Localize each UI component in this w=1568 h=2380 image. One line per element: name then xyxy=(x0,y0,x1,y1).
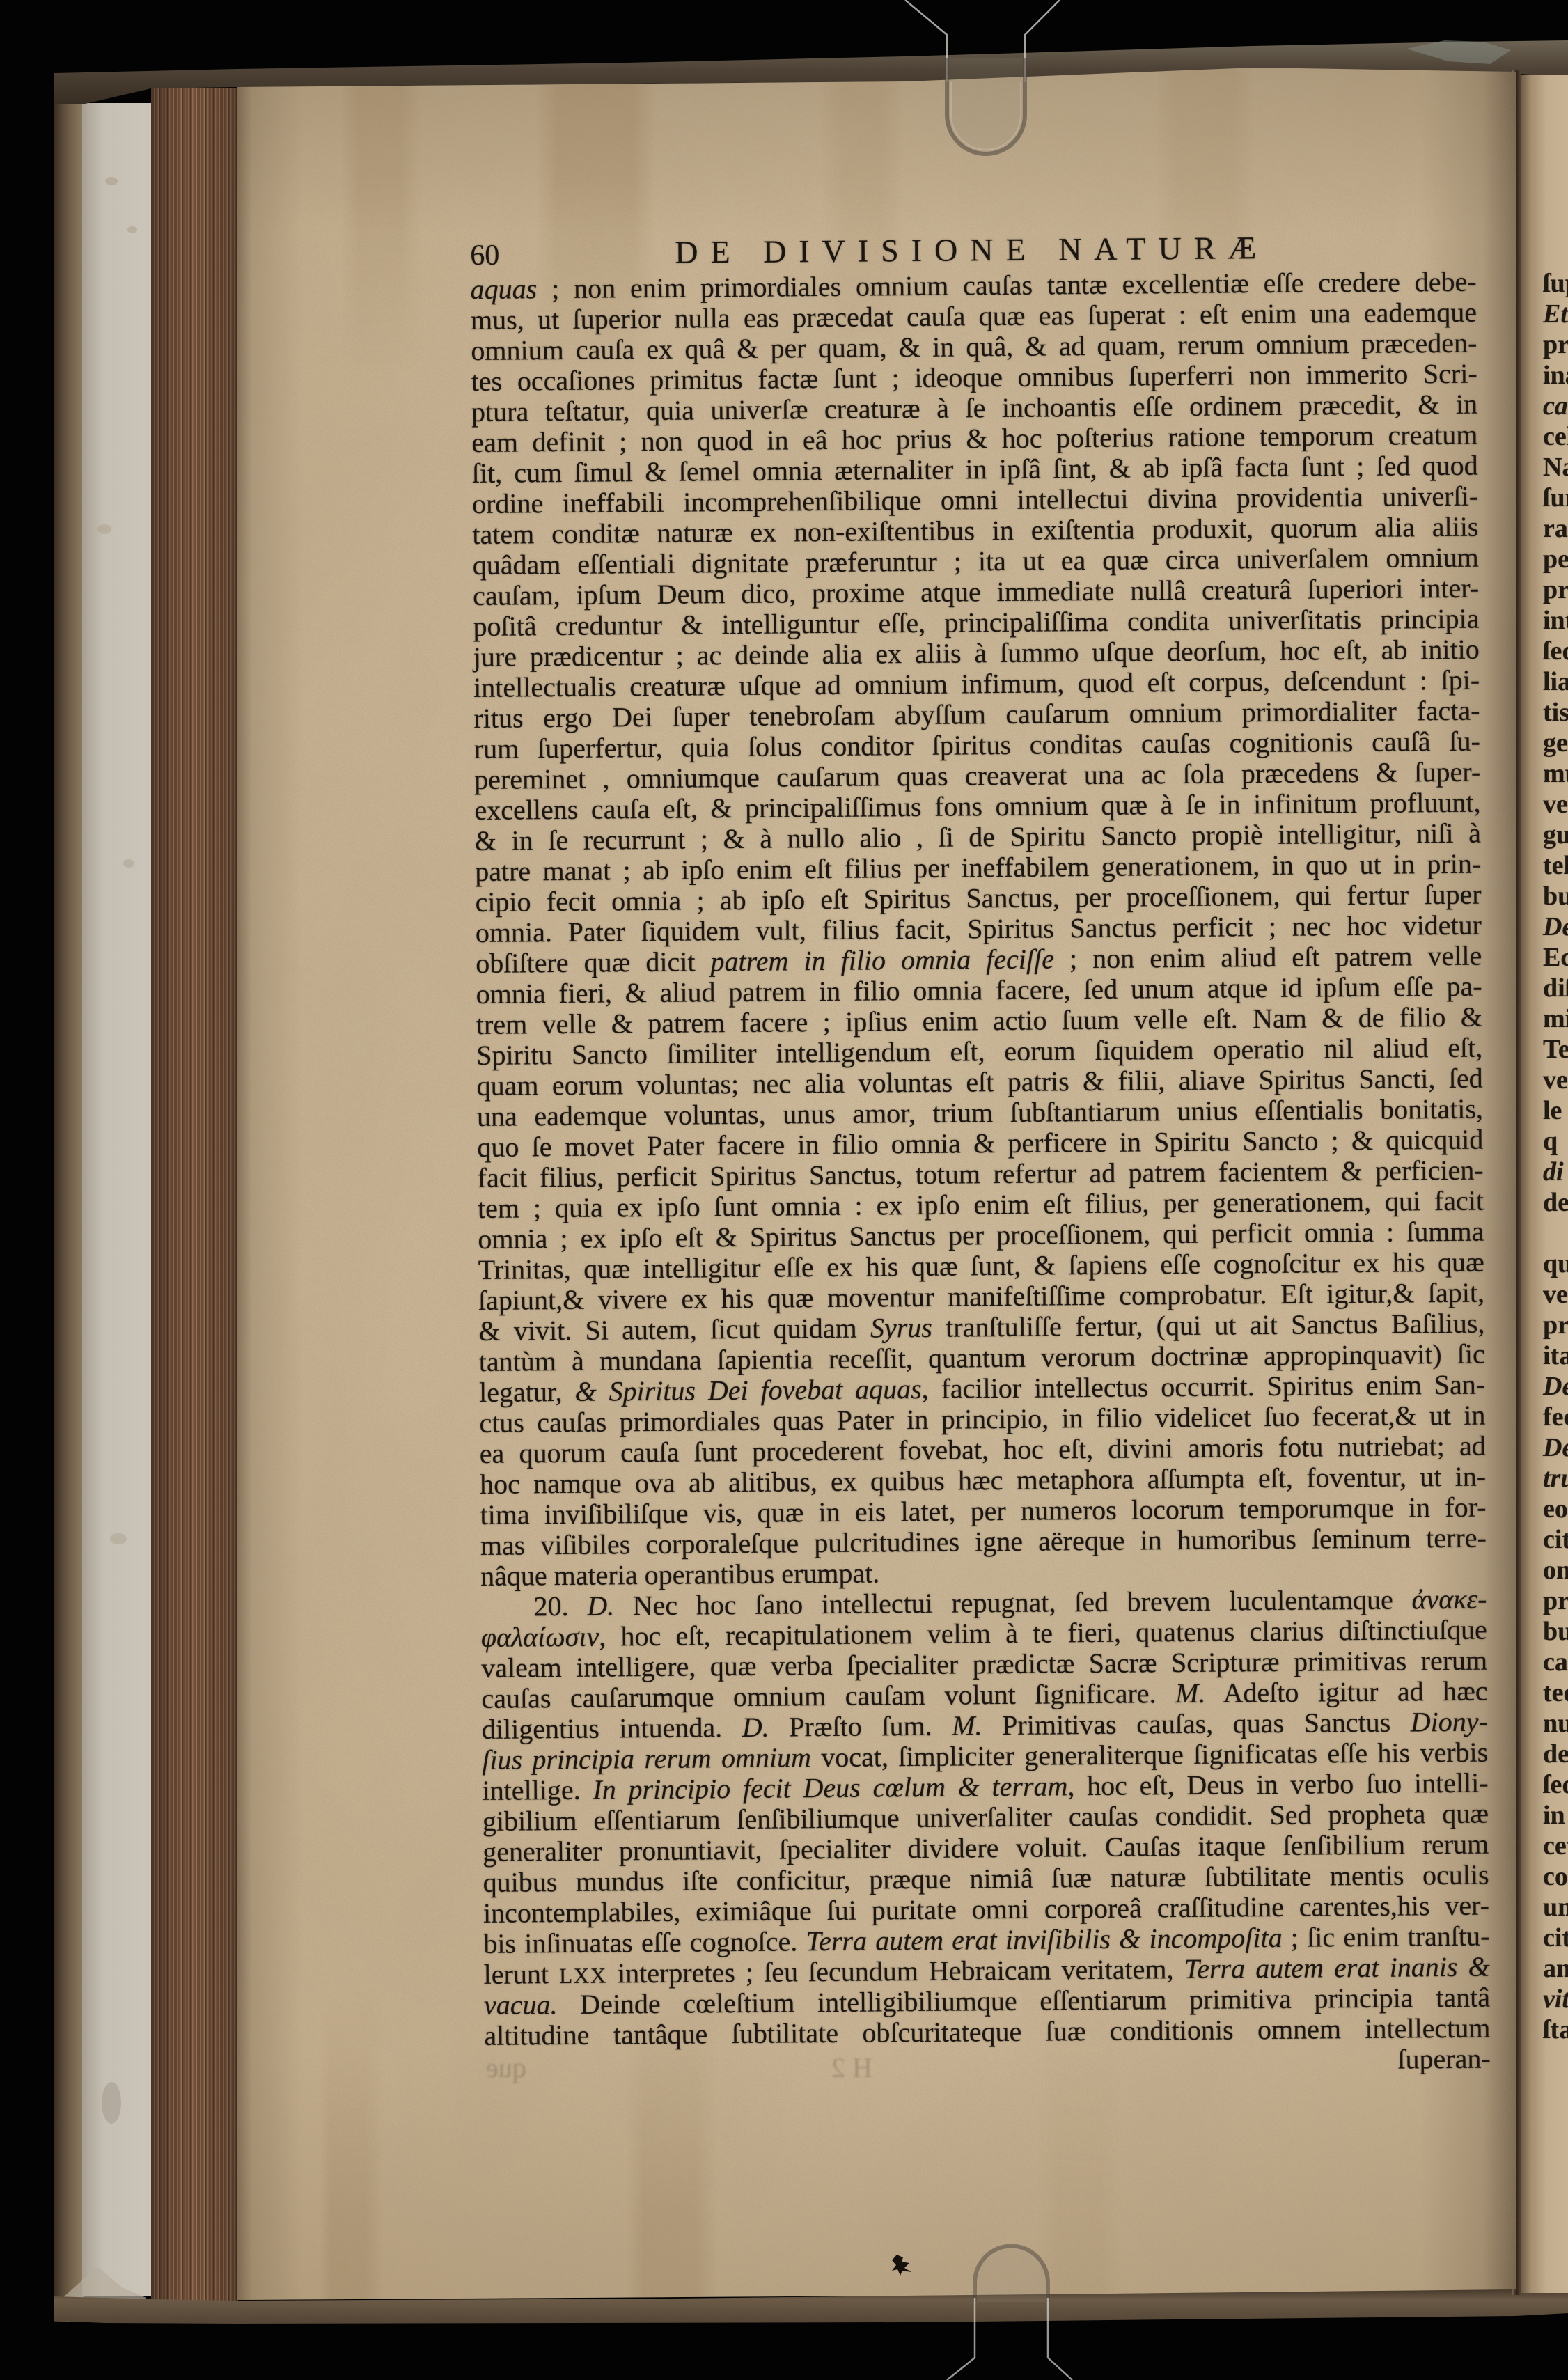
right-page-line-fragment: fec xyxy=(1520,1402,1568,1432)
text-run: lerunt xyxy=(484,1958,560,1990)
text-run: Præſto ſum. xyxy=(769,1710,952,1743)
italic-run: ſius principia rerum omnium xyxy=(482,1741,811,1776)
right-page-line-fragment: Ter xyxy=(1520,1034,1568,1065)
right-page-line-fragment: cet xyxy=(1520,1831,1568,1861)
right-page-line-fragment: princ xyxy=(1520,329,1568,360)
right-page-line-fragment: ſequ xyxy=(1520,636,1568,666)
right-page-line-fragment: cauſis xyxy=(1520,391,1568,421)
right-page-line-fragment: verb xyxy=(1520,789,1568,820)
right-page-line-fragment: cit xyxy=(1520,1923,1568,1953)
text-run: interpretes ; ſeu ſecundum Hebraicam ver… xyxy=(607,1953,1184,1989)
right-page-line-fragment: Nan xyxy=(1520,452,1568,483)
italic-run: φαλαίωσιν xyxy=(481,1621,599,1653)
right-page-line-fragment: Dei, xyxy=(1520,911,1568,942)
text-run: , facilior intellectus occurrit. Spiritu… xyxy=(922,1369,1486,1404)
right-page-line-fragment: gula xyxy=(1520,820,1568,850)
right-page-line-fragment: ſtan xyxy=(1520,2014,1568,2045)
italic-run: In principio fecit Deus cœlum & terram xyxy=(593,1770,1067,1805)
smallcaps-run: LXX xyxy=(559,1964,607,1989)
right-page-line-fragment: de xyxy=(1520,1187,1568,1218)
right-page-line-fragment: vit c xyxy=(1520,1984,1568,2014)
right-page-text: ſuperEt tenprincinacccauſiscelleNanſumra… xyxy=(1520,268,1568,2078)
text-run: Adeſto igitur ad hæc xyxy=(1205,1675,1488,1709)
right-page-line-fragment: eo f xyxy=(1520,1494,1568,1524)
right-page-line-fragment: cit; xyxy=(1520,1524,1568,1555)
text-run: intellige. xyxy=(482,1774,593,1806)
page-block-fore-edge xyxy=(151,88,238,2301)
right-page-line-fragment: cauſ xyxy=(1520,1647,1568,1677)
right-page-line-fragment: rab xyxy=(1520,513,1568,544)
right-page-line-fragment: pri xyxy=(1520,1310,1568,1340)
right-page-line-fragment: tru xyxy=(1520,1463,1568,1494)
right-page-line-fragment: tell xyxy=(1520,850,1568,881)
italic-run: patrem in filio omnia feciſſe xyxy=(710,943,1054,977)
right-page-line-fragment: di xyxy=(1520,1157,1568,1187)
italic-run: Terra autem erat inviſibilis & incompoſi… xyxy=(806,1922,1282,1957)
running-head: DE DIVISIONE NATURÆ xyxy=(675,232,1269,269)
text-run: bis inſinuatas eſſe cognoſce. xyxy=(483,1925,806,1959)
right-page-line-fragment: diſti xyxy=(1520,973,1568,1003)
italic-run: D. xyxy=(587,1590,614,1621)
right-page-line-fragment xyxy=(1520,1218,1568,1248)
right-page-line-fragment: per xyxy=(1520,544,1568,574)
right-page-line-fragment: gene xyxy=(1520,728,1568,758)
text-run: ; ſic enim tranſtu- xyxy=(1282,1920,1489,1953)
right-page-line-fragment: celle xyxy=(1520,421,1568,452)
right-page-line-fragment: nun xyxy=(1520,1708,1568,1739)
right-page-line-fragment: inte xyxy=(1520,605,1568,636)
right-page-line-fragment: der xyxy=(1520,1739,1568,1769)
right-page-line-fragment: inacc xyxy=(1520,360,1568,391)
right-page-line-fragment: De xyxy=(1520,1432,1568,1463)
right-page-line-fragment: tis ig xyxy=(1520,697,1568,728)
right-page-line-fragment: pra xyxy=(1520,574,1568,605)
text-run: , hoc eſt, Deus in verbo ſuo intelli- xyxy=(1067,1767,1489,1802)
right-page-line-fragment: Et ten xyxy=(1520,299,1568,329)
right-page-line-fragment: ver xyxy=(1520,1065,1568,1095)
italic-run: D. xyxy=(742,1712,769,1743)
italic-run: Syrus xyxy=(870,1312,932,1344)
right-page-line-fragment: tede xyxy=(1520,1677,1568,1708)
right-page-line-fragment: cor xyxy=(1520,1861,1568,1892)
italic-run: Diony- xyxy=(1411,1706,1488,1738)
italic-run: aquas xyxy=(470,273,537,305)
right-page-line-fragment: bun xyxy=(1520,881,1568,911)
text-run: tranſtuliſſe fertur, (qui ut ait Sanctus… xyxy=(932,1308,1485,1343)
text-run: ; non enim aliud eſt patrem velle xyxy=(1054,940,1482,975)
right-page-line-fragment: Dei xyxy=(1520,1371,1568,1402)
right-page-line-fragment: oner xyxy=(1520,1555,1568,1586)
right-page-line-fragment: q xyxy=(1520,1126,1568,1157)
italic-run: M. xyxy=(952,1709,982,1741)
text-run: Primitivas cauſas, quas Sanctus xyxy=(982,1706,1411,1741)
right-page-line-fragment: Ecce xyxy=(1520,942,1568,973)
right-page-line-fragment: qu xyxy=(1520,1248,1568,1279)
cover-board xyxy=(54,73,84,2322)
page-number: 60 xyxy=(470,241,499,270)
italic-run: Terra autem erat inanis & xyxy=(1184,1951,1489,1984)
right-page-line-fragment: prim xyxy=(1520,1586,1568,1616)
book-scan: { "colors": { "background": "#030303", "… xyxy=(0,0,1568,2380)
text-run: & vivit. Si autem, ſicut quidam xyxy=(478,1313,870,1347)
italic-run: ἀνακε- xyxy=(1411,1583,1487,1615)
right-page-line-fragment: le xyxy=(1520,1095,1568,1126)
italic-run: vacua. xyxy=(484,1989,558,2021)
right-page-line-fragment: veſ xyxy=(1520,1279,1568,1310)
right-page-line-fragment: um xyxy=(1520,1892,1568,1923)
right-page-line-fragment: liam xyxy=(1520,666,1568,697)
right-page-line-fragment: ſed xyxy=(1520,1769,1568,1800)
italic-run: & Spiritus Dei fovebat aquas xyxy=(574,1373,922,1407)
right-page-line-fragment: mul xyxy=(1520,758,1568,789)
right-page-line-fragment: am ; xyxy=(1520,1953,1568,1984)
right-page-line-fragment: ſum xyxy=(1520,483,1568,513)
text-run: diligentius intuenda. xyxy=(482,1712,742,1745)
right-page-line-fragment: itac xyxy=(1520,1340,1568,1371)
text-run: nâque materia operantibus erumpat. xyxy=(480,1557,879,1591)
italic-run: M. xyxy=(1175,1677,1206,1709)
page-text-area: 60 DE DIVISIONE NATURÆ aquas ; non enim … xyxy=(470,222,1491,2110)
right-page-line-fragment: bum xyxy=(1520,1616,1568,1647)
text-run: legatur, xyxy=(479,1376,575,1408)
right-page-line-fragment: in xyxy=(1520,1800,1568,1831)
text-body: aquas ; non enim primordiales omnium cau… xyxy=(471,267,1491,2082)
right-page-line-fragment: ſuper xyxy=(1520,268,1568,299)
text-run: 20. xyxy=(533,1590,587,1622)
text-run: obſiſtere quæ dicit xyxy=(476,946,711,979)
right-page-line-fragment: min xyxy=(1520,1003,1568,1034)
